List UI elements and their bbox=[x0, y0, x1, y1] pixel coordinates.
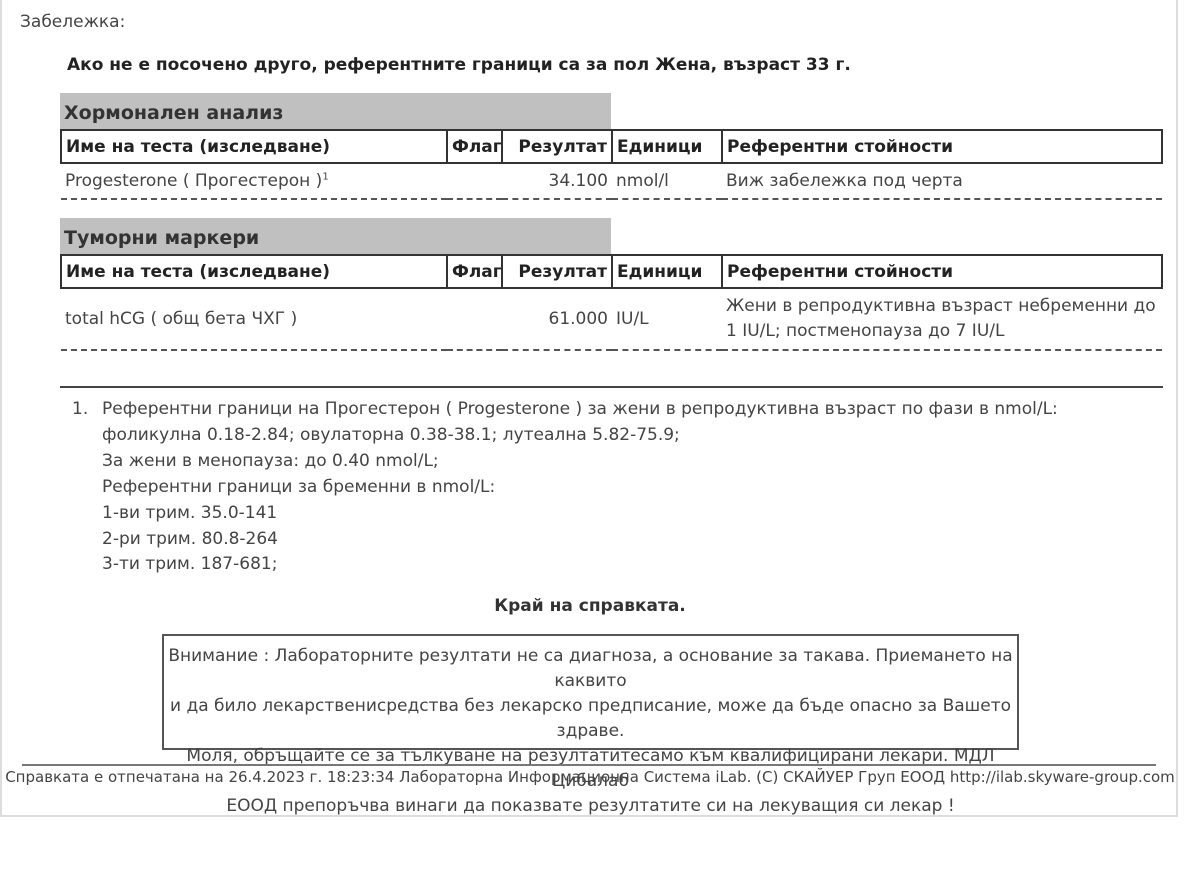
footnote-line: 2-ри трим. 80.8-264 bbox=[102, 527, 1058, 553]
reference-note: Ако не е посочено друго, референтните гр… bbox=[67, 55, 851, 75]
col-header-reference: Референтни стойности bbox=[722, 255, 1162, 288]
test-name: Progesterone ( Прогестерон )1 bbox=[61, 163, 447, 199]
end-of-report: Край на справката. bbox=[2, 596, 1178, 616]
footnote-line: Референтни граници за бременни в nmol/L: bbox=[102, 475, 1058, 501]
footnote-divider bbox=[60, 386, 1163, 388]
col-header-reference: Референтни стойности bbox=[722, 130, 1162, 163]
table-header-row: Име на теста (изследване) Флаг Резултат … bbox=[61, 130, 1162, 163]
results-table: Име на теста (изследване) Флаг Резултат … bbox=[60, 254, 1163, 351]
footnote-line: фоликулна 0.18-2.84; овулаторна 0.38-38.… bbox=[102, 423, 1058, 449]
section-title: Туморни маркери bbox=[60, 218, 611, 254]
footnote-line: Референтни граници на Прогестерон ( Prog… bbox=[102, 397, 1058, 423]
results-table: Име на теста (изследване) Флаг Резултат … bbox=[60, 129, 1163, 200]
col-header-flag: Флаг bbox=[447, 130, 502, 163]
test-units: nmol/l bbox=[612, 163, 722, 199]
warning-line: ЕООД препоръчва винаги да показвате резу… bbox=[164, 794, 1017, 819]
col-header-units: Единици bbox=[612, 130, 722, 163]
col-header-name: Име на теста (изследване) bbox=[61, 255, 447, 288]
col-header-name: Име на теста (изследване) bbox=[61, 130, 447, 163]
section-hormonal-analysis: Хормонален анализ Име на теста (изследва… bbox=[60, 93, 1163, 200]
test-units: IU/L bbox=[612, 288, 722, 350]
test-result: 61.000 bbox=[502, 288, 612, 350]
test-flag bbox=[447, 163, 502, 199]
footnote-body: Референтни граници на Прогестерон ( Prog… bbox=[102, 397, 1058, 578]
table-row: Progesterone ( Прогестерон )1 34.100 nmo… bbox=[61, 163, 1162, 199]
warning-line: Внимание : Лабораторните резултати не са… bbox=[164, 644, 1017, 694]
footnote-line: За жени в менопауза: до 0.40 nmol/L; bbox=[102, 449, 1058, 475]
warning-line: и да било лекарственисредства без лекарс… bbox=[164, 694, 1017, 744]
test-name: total hCG ( общ бета ЧХГ ) bbox=[61, 288, 447, 350]
section-title: Хормонален анализ bbox=[60, 93, 611, 129]
footnote-line: 3-ти трим. 187-681; bbox=[102, 552, 1058, 578]
test-result: 34.100 bbox=[502, 163, 612, 199]
col-header-result: Резултат bbox=[502, 130, 612, 163]
col-header-flag: Флаг bbox=[447, 255, 502, 288]
footer-divider bbox=[22, 764, 1156, 766]
section-tumor-markers: Туморни маркери Име на теста (изследване… bbox=[60, 218, 1163, 351]
table-header-row: Име на теста (изследване) Флаг Резултат … bbox=[61, 255, 1162, 288]
table-row: total hCG ( общ бета ЧХГ ) 61.000 IU/L Ж… bbox=[61, 288, 1162, 350]
report-page: Забележка: Ако не е посочено друго, рефе… bbox=[0, 0, 1178, 817]
footnote-number: 1. bbox=[72, 397, 88, 423]
test-reference: Жени в репродуктивна възраст небременни … bbox=[722, 288, 1162, 350]
footnote-mark: 1 bbox=[322, 171, 328, 182]
footnote: 1. Референтни граници на Прогестерон ( P… bbox=[72, 397, 1058, 578]
note-label: Забележка: bbox=[20, 12, 125, 32]
col-header-units: Единици bbox=[612, 255, 722, 288]
warning-box: Внимание : Лабораторните резултати не са… bbox=[162, 634, 1019, 750]
test-flag bbox=[447, 288, 502, 350]
footnote-line: 1-ви трим. 35.0-141 bbox=[102, 501, 1058, 527]
test-reference: Виж забележка под черта bbox=[722, 163, 1162, 199]
col-header-result: Резултат bbox=[502, 255, 612, 288]
print-footer: Справката е отпечатана на 26.4.2023 г. 1… bbox=[2, 768, 1178, 786]
